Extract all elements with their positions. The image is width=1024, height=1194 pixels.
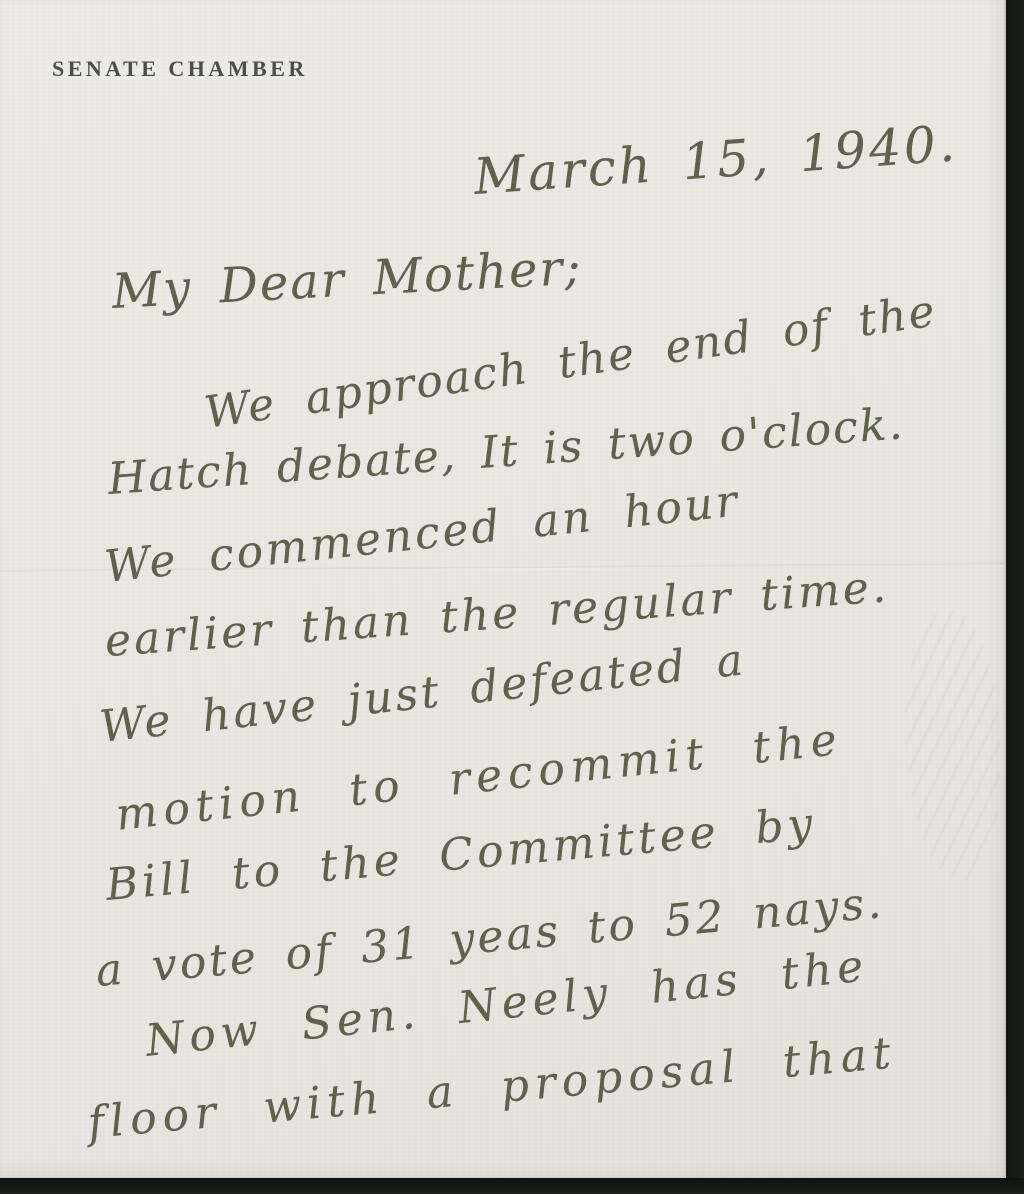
scan-border-bottom <box>0 1178 1024 1194</box>
paper-watermark <box>905 610 1000 880</box>
letterhead-title: SENATE CHAMBER <box>52 56 308 82</box>
scan-border-right <box>1006 0 1024 1194</box>
scanned-letter-page: SENATE CHAMBER March 15, 1940. My Dear M… <box>0 0 1024 1194</box>
letter-paper: SENATE CHAMBER March 15, 1940. My Dear M… <box>0 0 1006 1179</box>
handwritten-date: March 15, 1940. <box>472 118 959 202</box>
salutation-line: My Dear Mother; <box>111 243 584 316</box>
